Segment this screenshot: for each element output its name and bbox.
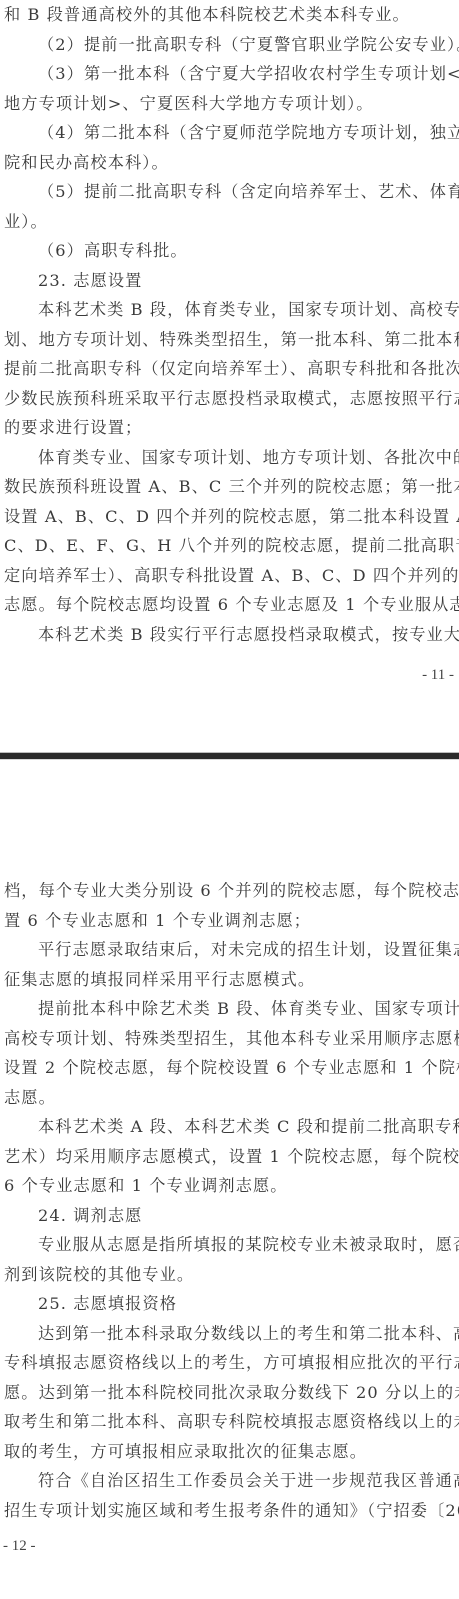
text-line: 平行志愿录取结束后，对未完成的招生计划，设置征集志愿， [38,935,456,965]
text-line: 设置 A、B、C、D 四个并列的院校志愿，第二批本科设置 A、B、 [4,502,456,532]
text-line: （6）高职专科批。 [38,236,456,266]
text-line: 体育类专业、国家专项计划、地方专项计划、各批次中的少 [38,443,456,473]
text-line: 招生专项计划实施区域和考生报考条件的通知》（宁招委〔2016〕 [4,1496,456,1526]
document-page-11: 和 B 段普通高校外的其他本科院校艺术类本科专业。（2）提前一批高职专科（宁夏警… [0,0,459,752]
text-line: 剂到该院校的其他专业。 [4,1260,456,1290]
text-line: 符合《自治区招生工作委员会关于进一步规范我区普通高校 [38,1466,456,1496]
text-line: 专业服从志愿是指所填报的某院校专业未被录取时，愿否调 [38,1230,456,1260]
text-line: （2）提前一批高职专科（宁夏警官职业学院公安专业）。 [38,30,456,60]
text-line: 艺术）均采用顺序志愿模式，设置 1 个院校志愿，每个院校设置 [4,1142,456,1172]
text-line: 定向培养军士）、高职专科批设置 A、B、C、D 四个并列的院校 [4,561,456,591]
text-line: 院和民办高校本科）。 [4,148,456,178]
text-line: 提前二批高职专科（仅定向培养军士）、高职专科批和各批次的 [4,354,456,384]
text-line: C、D、E、F、G、H 八个并列的院校志愿，提前二批高职专科（仅 [4,531,456,561]
page-separator [0,752,459,760]
text-line: （5）提前二批高职专科（含定向培养军士、艺术、体育专 [38,177,456,207]
text-line: 少数民族预科班采取平行志愿投档录取模式，志愿按照平行志愿 [4,384,456,414]
text-line: （4）第二批本科（含宁夏师范学院地方专项计划，独立学 [38,118,456,148]
text-line: 和 B 段普通高校外的其他本科院校艺术类本科专业。 [4,0,456,30]
text-line: 的要求进行设置； [4,413,456,443]
text-line: 23. 志愿设置 [38,266,456,296]
text-line: 数民族预科班设置 A、B、C 三个并列的院校志愿；第一批本科 [4,472,456,502]
page-number: - 12 - [3,1536,36,1556]
text-line: 愿。达到第一批本科院校同批次录取分数线下 20 分以上的未录 [4,1378,456,1408]
page-number: - 11 - [422,665,454,685]
text-line: 档，每个专业大类分别设 6 个并列的院校志愿，每个院校志愿设 [4,876,456,906]
text-line: 本科艺术类 A 段、本科艺术类 C 段和提前二批高职专科（仅 [38,1112,456,1142]
text-line: 志愿。 [4,1083,456,1113]
text-line: 征集志愿的填报同样采用平行志愿模式。 [4,965,456,995]
text-line: 专科填报志愿资格线以上的考生，方可填报相应批次的平行志 [4,1348,456,1378]
text-line: 划、地方专项计划、特殊类型招生，第一批本科、第二批本科、 [4,325,456,355]
text-line: 业）。 [4,207,456,237]
document-page-12: 档，每个专业大类分别设 6 个并列的院校志愿，每个院校志愿设置 6 个专业志愿和… [0,760,459,1599]
text-line: 取考生和第二批本科、高职专科院校填报志愿资格线以上的未录 [4,1407,456,1437]
text-line: 6 个专业志愿和 1 个专业调剂志愿。 [4,1171,456,1201]
text-line: 24. 调剂志愿 [38,1201,456,1231]
text-line: 取的考生，方可填报相应录取批次的征集志愿。 [4,1437,456,1467]
text-line: 地方专项计划>、宁夏医科大学地方专项计划）。 [4,89,456,119]
text-line: 志愿。每个院校志愿均设置 6 个专业志愿及 1 个专业服从志愿； [4,590,456,620]
text-line: 25. 志愿填报资格 [38,1289,456,1319]
text-line: 达到第一批本科录取分数线以上的考生和第二批本科、高职 [38,1319,456,1349]
text-line: 本科艺术类 B 段实行平行志愿投档录取模式，按专业大类投 [38,620,456,650]
text-line: 本科艺术类 B 段，体育类专业，国家专项计划、高校专项计 [38,295,456,325]
text-line: 提前批本科中除艺术类 B 段、体育类专业、国家专项计划、 [38,994,456,1024]
text-line: 置 6 个专业志愿和 1 个专业调剂志愿； [4,906,456,936]
text-line: 高校专项计划、特殊类型招生，其他本科专业采用顺序志愿模式， [4,1024,456,1054]
text-line: 设置 2 个院校志愿，每个院校设置 6 个专业志愿和 1 个院校调剂 [4,1053,456,1083]
text-line: （3）第一批本科（含宁夏大学招收农村学生专项计划<简称 [38,59,456,89]
